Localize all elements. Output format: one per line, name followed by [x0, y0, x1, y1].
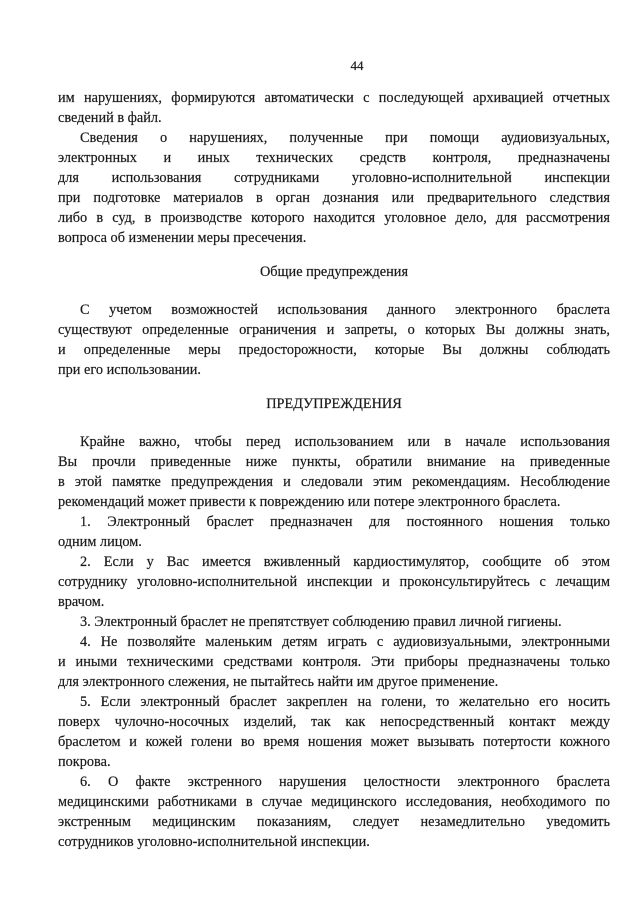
- text-line: сведений в файл.: [58, 108, 610, 128]
- text-line: 2. Если у Вас имеется вживленный кардиос…: [58, 552, 610, 572]
- document-body: им нарушениях, формируются автоматически…: [58, 88, 610, 852]
- text-line: Крайне важно, чтобы перед использованием…: [58, 432, 610, 452]
- text-line: существуют определенные ограничения и за…: [58, 320, 610, 340]
- text-line: браслетом и кожей голени во время ношени…: [58, 732, 610, 752]
- text-line: одним лицом.: [58, 532, 610, 552]
- text-line: покрова.: [58, 752, 610, 772]
- section-heading-2: ПРЕДУПРЕЖДЕНИЯ: [58, 394, 610, 414]
- page-number: 44: [37, 58, 640, 74]
- text-line: вопроса об изменении меры пресечения.: [58, 228, 610, 248]
- text-line: при подготовке материалов в орган дознан…: [58, 188, 610, 208]
- text-line: либо в суд, в производстве которого нахо…: [58, 208, 610, 228]
- text-line: сотрудников уголовно-исполнительной инсп…: [58, 832, 610, 852]
- text-line: С учетом возможностей использования данн…: [58, 300, 610, 320]
- text-line: Сведения о нарушениях, полученные при по…: [58, 128, 610, 148]
- text-line: для использования сотрудниками уголовно-…: [58, 168, 610, 188]
- document-page: 44 им нарушениях, формируются автоматиче…: [0, 0, 640, 905]
- text-line: Вы прочли приведенные ниже пункты, обрат…: [58, 452, 610, 472]
- text-line: медицинскими работниками в случае медици…: [58, 792, 610, 812]
- list-item-6: 6. О факте экстренного нарушения целостн…: [58, 772, 610, 852]
- text-line: в этой памятке предупреждения и следовал…: [58, 472, 610, 492]
- list-item-2: 2. Если у Вас имеется вживленный кардиос…: [58, 552, 610, 612]
- text-line: 6. О факте экстренного нарушения целостн…: [58, 772, 610, 792]
- text-line: 5. Если электронный браслет закреплен на…: [58, 692, 610, 712]
- text-line: электронных и иных технических средств к…: [58, 148, 610, 168]
- text-line: и иными техническими средствами контроля…: [58, 652, 610, 672]
- text-line: 3. Электронный браслет не препятствует с…: [58, 612, 610, 632]
- list-item-4: 4. Не позволяйте маленьким детям играть …: [58, 632, 610, 692]
- text-line: поверх чулочно-носочных изделий, так как…: [58, 712, 610, 732]
- list-item-5: 5. Если электронный браслет закреплен на…: [58, 692, 610, 772]
- text-line: сотруднику уголовно-исполнительной инспе…: [58, 572, 610, 592]
- text-line: им нарушениях, формируются автоматически…: [58, 88, 610, 108]
- paragraph-2: Сведения о нарушениях, полученные при по…: [58, 128, 610, 248]
- list-item-1: 1. Электронный браслет предназначен для …: [58, 512, 610, 552]
- paragraph-4: Крайне важно, чтобы перед использованием…: [58, 432, 610, 512]
- text-line: 1. Электронный браслет предназначен для …: [58, 512, 610, 532]
- text-line: для электронного слежения, не пытайтесь …: [58, 672, 610, 692]
- text-line: при его использовании.: [58, 360, 610, 380]
- section-heading-1: Общие предупреждения: [58, 262, 610, 282]
- text-line: врачом.: [58, 592, 610, 612]
- text-line: 4. Не позволяйте маленьким детям играть …: [58, 632, 610, 652]
- text-line: и определенные меры предосторожности, ко…: [58, 340, 610, 360]
- paragraph-3: С учетом возможностей использования данн…: [58, 300, 610, 380]
- text-line: экстренным медицинским показаниям, следу…: [58, 812, 610, 832]
- text-line: рекомендаций может привести к повреждени…: [58, 492, 610, 512]
- list-item-3: 3. Электронный браслет не препятствует с…: [58, 612, 610, 632]
- paragraph-1: им нарушениях, формируются автоматически…: [58, 88, 610, 128]
